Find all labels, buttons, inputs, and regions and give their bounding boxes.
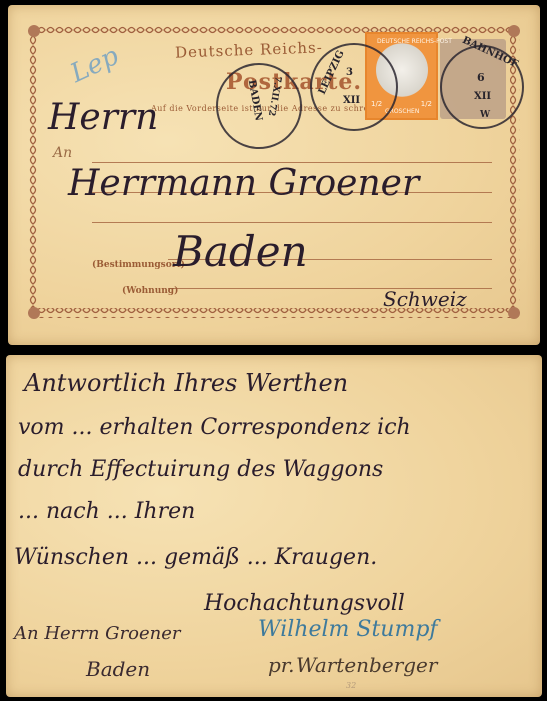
message-line: Wünschen ... gemäß ... Kraugen. bbox=[14, 545, 377, 570]
label-bestimmungsort: (Bestimmungsort) bbox=[92, 260, 185, 270]
city-handwriting: Baden bbox=[173, 227, 308, 276]
signature-prefix: pr. bbox=[268, 653, 295, 677]
recipient-note: An Herrn Groener bbox=[14, 623, 181, 644]
postmark-bahnhof-month: XII bbox=[474, 91, 491, 102]
closing-hochachtungsvoll: Hochachtungsvoll bbox=[204, 591, 405, 616]
postmark-leipzig-day: 3 bbox=[346, 67, 353, 78]
postmark-leipzig-month: XII bbox=[343, 95, 360, 106]
country-handwriting: Schweiz bbox=[383, 287, 467, 311]
addressee-handwriting: Herrmann Groener bbox=[68, 163, 419, 204]
message-line: Antwortlich Ihres Werthen bbox=[24, 369, 348, 397]
stamp-top-text: DEUTSCHE REICHS-POST bbox=[377, 38, 452, 45]
message-line: ... nach ... Ihren bbox=[18, 499, 195, 524]
postcard-back: Antwortlich Ihres Werthen vom ... erhalt… bbox=[6, 355, 542, 697]
postmark-bahnhof-code: W bbox=[480, 110, 490, 120]
label-wohnung: (Wohnung) bbox=[122, 286, 178, 296]
postmark-bahnhof-day: 6 bbox=[477, 71, 485, 84]
address-line bbox=[92, 222, 492, 223]
pencil-mark: 32 bbox=[346, 681, 356, 690]
signature-place: Wartenberger bbox=[296, 653, 437, 677]
message-line: vom ... erhalten Correspondenz ich bbox=[18, 415, 411, 440]
stamp-value-right: 1/2 bbox=[421, 100, 432, 108]
signature-blue: Wilhelm Stumpf bbox=[258, 617, 438, 642]
postcard-front: Deutsche Reichs- Postkarte. Auf die Vord… bbox=[8, 5, 540, 345]
recipient-city-note: Baden bbox=[86, 657, 150, 681]
salutation-handwriting: Herrn bbox=[48, 97, 158, 138]
message-line: durch Effectuirung des Waggons bbox=[18, 457, 383, 482]
printed-an: An bbox=[53, 145, 72, 161]
